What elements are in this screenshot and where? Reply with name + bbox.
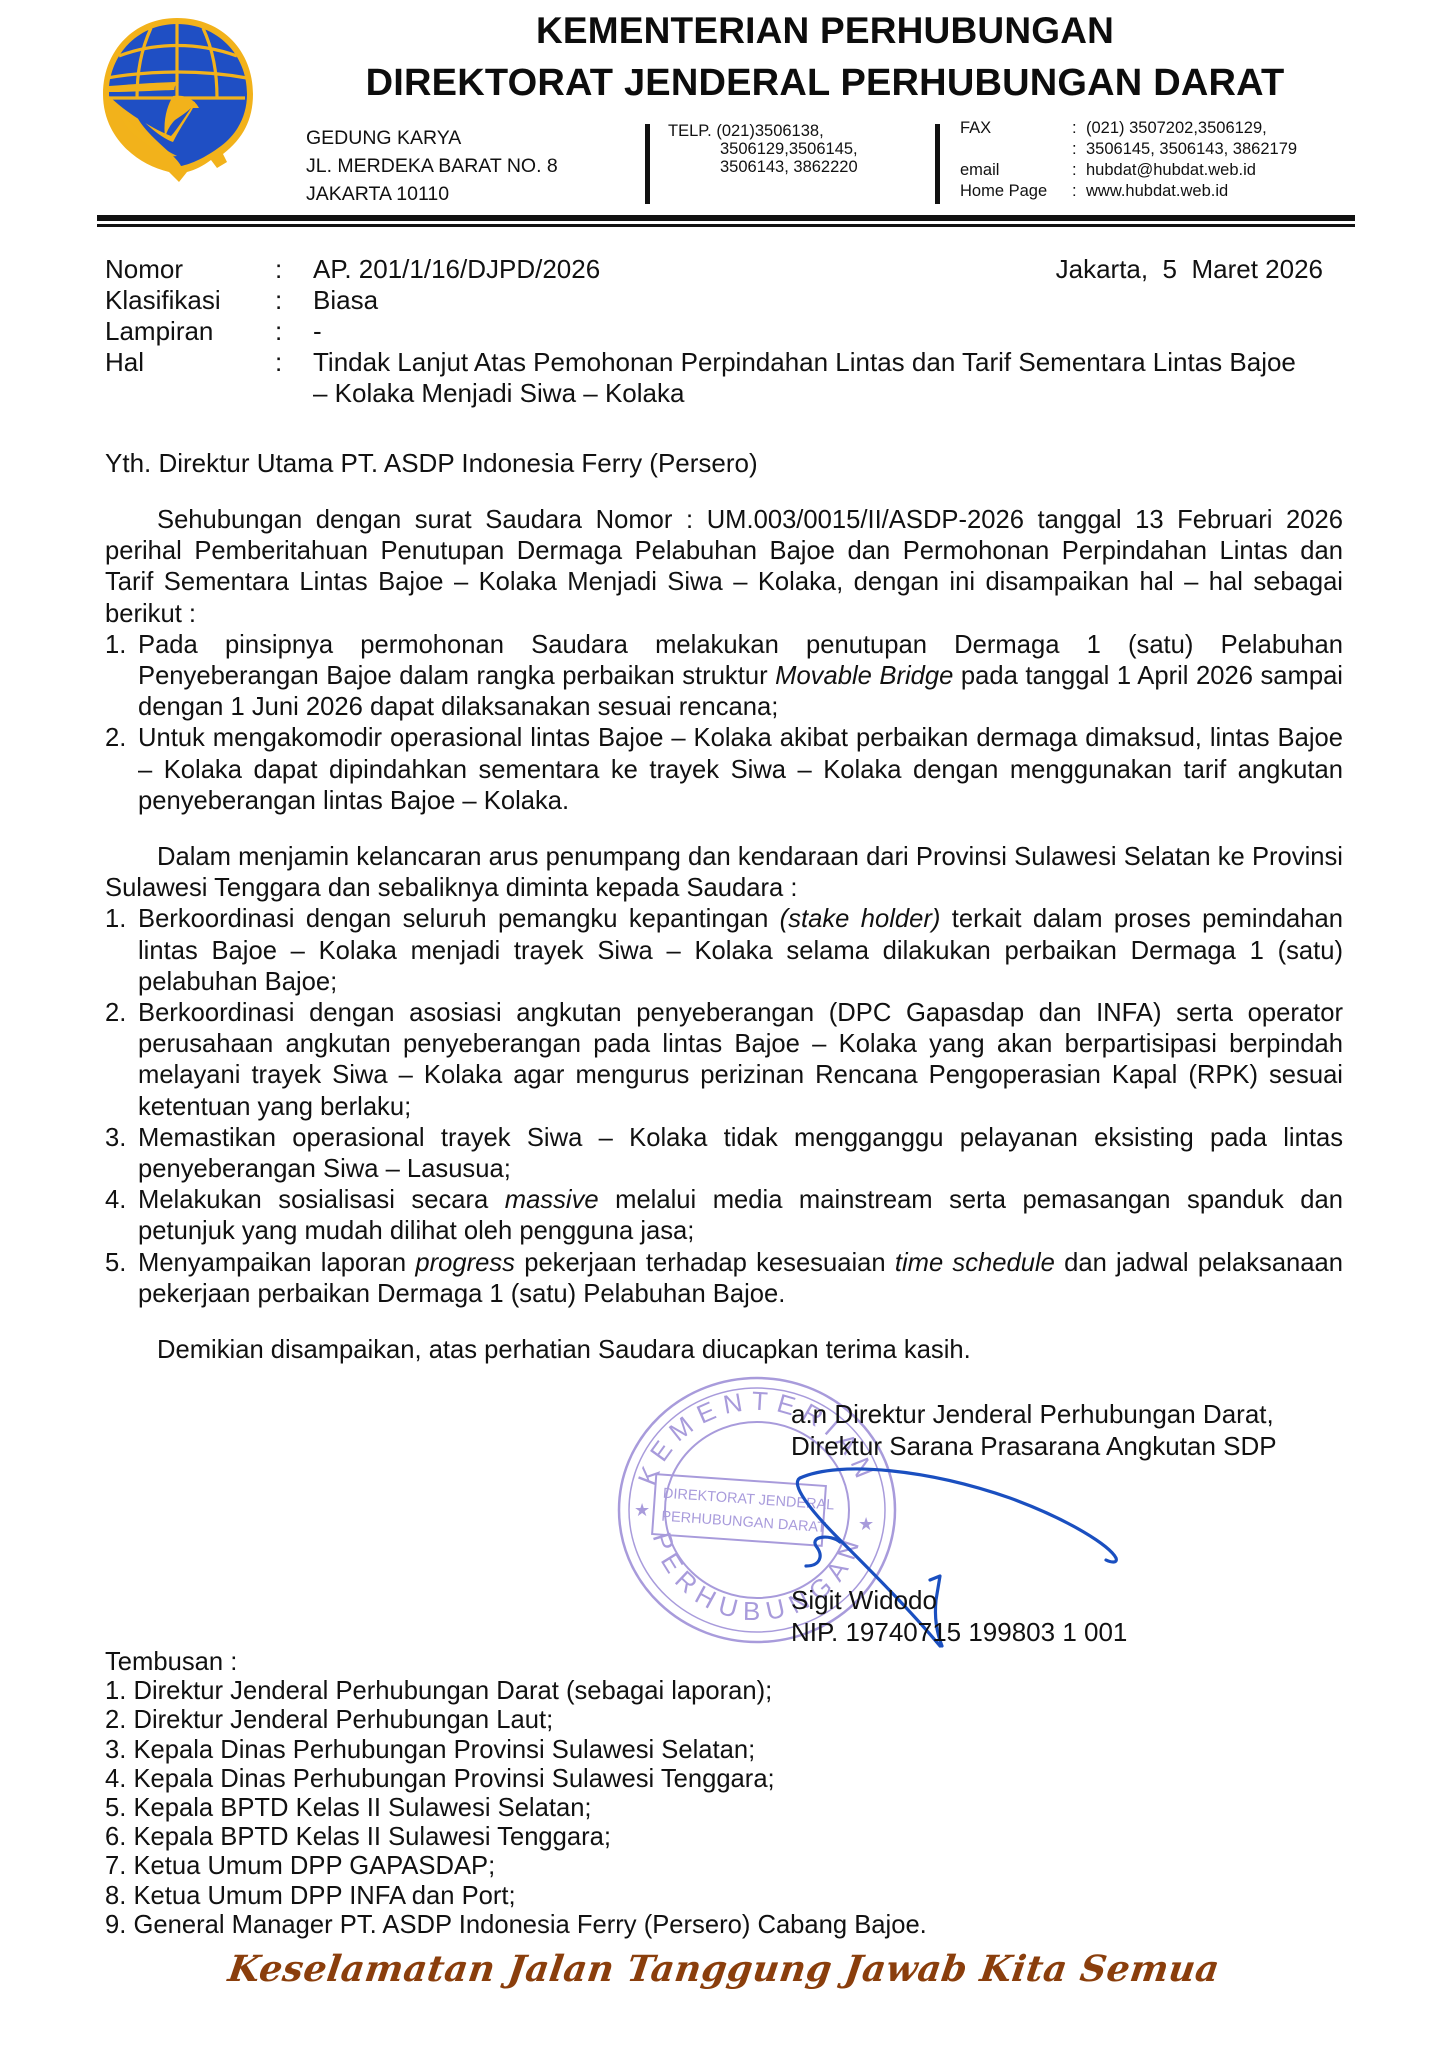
telp-label: TELP. [668,122,712,140]
item-text: Menyampaikan laporan [138,1249,415,1277]
colon: : [275,254,313,285]
signatory-nip: NIP. 19740715 199803 1 001 [791,1616,1127,1648]
list-item: 5. Menyampaikan laporan progress pekerja… [105,1248,1343,1310]
meta-value: - [313,316,1343,347]
body-section-2: Dalam menjamin kelancaran arus penumpang… [105,842,1343,1310]
cc-item: 3. Kepala Dinas Perhubungan Provinsi Sul… [105,1736,927,1765]
item-text: Melakukan sosialisasi secara [138,1186,505,1214]
item-text: pekerjaan terhadap kesesuaian [515,1249,895,1277]
homepage-row: Home Page : www.hubdat.web.id [960,181,1297,202]
item-emphasis: massive [505,1186,599,1214]
contact-block: FAX : (021) 3507202,3506129, : 3506145, … [960,118,1297,202]
list-item: 4. Melakukan sosialisasi secara massive … [105,1185,1343,1247]
colon: : [275,316,313,347]
list-item: 3. Memastikan operasional trayek Siwa – … [105,1123,1343,1185]
address-line: JL. MERDEKA BARAT NO. 8 [306,152,558,180]
meta-row-klasifikasi: Klasifikasi : Biasa [105,285,1343,316]
list-item: 2. Untuk mengakomodir operasional lintas… [105,723,1343,817]
email-link[interactable]: hubdat@hubdat.web.id [1086,160,1256,181]
divider [645,124,650,204]
item-text: Berkoordinasi dengan asosiasi angkutan p… [138,999,1343,1121]
contact-label: Home Page [960,181,1072,202]
item-text: Untuk mengakomodir operasional lintas Ba… [138,724,1343,814]
divider [935,124,940,204]
meta-value: Biasa [313,285,1343,316]
meta-row-lampiran: Lampiran : - [105,316,1343,347]
item-text: Berkoordinasi dengan seluruh pemangku ke… [138,905,780,933]
contact-label [960,139,1072,160]
item-number: 2. [105,723,126,754]
cc-item: 9. General Manager PT. ASDP Indonesia Fe… [105,1911,927,1940]
cc-item: 8. Ketua Umum DPP INFA dan Port; [105,1882,927,1911]
requests-list: 1. Berkoordinasi dengan seluruh pemangku… [105,904,1343,1310]
telp-line: 3506129,3506145, [668,140,858,158]
item-number: 4. [105,1185,126,1216]
address-line: GEDUNG KARYA [306,124,558,152]
cc-item: 7. Ketua Umum DPP GAPASDAP; [105,1852,927,1881]
item-number: 2. [105,998,126,1029]
signatory-name: Sigit Widodo [791,1584,1127,1616]
contact-label: email [960,160,1072,181]
ministry-logo-icon [95,12,260,184]
meta-label: Nomor [105,254,275,285]
recipient: Yth. Direktur Utama PT. ASDP Indonesia F… [105,448,758,479]
ministry-name: KEMENTERIAN PERHUBUNGAN [300,10,1350,52]
points-list: 1. Pada pinsipnya permohonan Saudara mel… [105,630,1343,817]
item-number: 1. [105,630,126,661]
meta-label: Klasifikasi [105,285,275,316]
colon: : [1072,160,1086,181]
item-emphasis: progress [415,1249,515,1277]
subject-value: Tindak Lanjut Atas Pemohonan Perpindahan… [313,347,1313,409]
contact-label: FAX [960,118,1072,139]
meta-label: Lampiran [105,316,275,347]
item-emphasis: time schedule [895,1249,1055,1277]
cc-item: 4. Kepala Dinas Perhubungan Provinsi Sul… [105,1765,927,1794]
meta-row-hal: Hal : Tindak Lanjut Atas Pemohonan Perpi… [105,347,1343,409]
footer-motto: Keselamatan Jalan Tanggung Jawab Kita Se… [0,1948,1448,1990]
signatory: Sigit Widodo NIP. 19740715 199803 1 001 [791,1584,1127,1648]
item-number: 3. [105,1123,126,1154]
item-emphasis: (stake holder) [780,905,941,933]
contact-value: (021) 3507202,3506129, [1086,118,1267,139]
item-number: 5. [105,1248,126,1279]
place-date: Jakarta, 5 Maret 2026 [1000,254,1323,285]
telephone-block: TELP. (021)3506138, 3506129,3506145, 350… [668,122,858,176]
cc-title: Tembusan : [105,1648,927,1677]
fax-row: FAX : (021) 3507202,3506129, [960,118,1297,139]
list-item: 1. Pada pinsipnya permohonan Saudara mel… [105,630,1343,724]
list-item: 1. Berkoordinasi dengan seluruh pemangku… [105,904,1343,998]
address-line: JAKARTA 10110 [306,180,558,208]
carbon-copy-section: Tembusan : 1. Direktur Jenderal Perhubun… [105,1648,927,1940]
telp-line: 3506143, 3862220 [668,158,858,176]
item-number: 1. [105,904,126,935]
meta-label: Hal [105,347,275,409]
contact-value: 3506145, 3506143, 3862179 [1086,139,1297,160]
cc-item: 5. Kepala BPTD Kelas II Sulawesi Selatan… [105,1794,927,1823]
office-address: GEDUNG KARYA JL. MERDEKA BARAT NO. 8 JAK… [306,124,558,208]
telp-line: (021)3506138, [716,122,823,140]
email-row: email : hubdat@hubdat.web.id [960,160,1297,181]
header-rule [97,215,1355,221]
colon: : [275,347,313,409]
svg-text:★: ★ [634,1500,650,1520]
colon: : [1072,118,1086,139]
cc-item: 6. Kepala BPTD Kelas II Sulawesi Tenggar… [105,1823,927,1852]
cc-item: 2. Direktur Jenderal Perhubungan Laut; [105,1706,927,1735]
item-emphasis: Movable Bridge [775,662,953,690]
item-text: Memastikan operasional trayek Siwa – Kol… [138,1124,1343,1183]
homepage-link[interactable]: www.hubdat.web.id [1086,181,1228,202]
on-behalf: a.n Direktur Jenderal Perhubungan Darat, [791,1398,1277,1430]
request-intro: Dalam menjamin kelancaran arus penumpang… [105,842,1343,904]
header-rule [97,224,1355,227]
cc-item: 1. Direktur Jenderal Perhubungan Darat (… [105,1677,927,1706]
body-section-1: Sehubungan dengan surat Saudara Nomor : … [105,505,1343,817]
list-item: 2. Berkoordinasi dengan asosiasi angkuta… [105,998,1343,1123]
cc-list: 1. Direktur Jenderal Perhubungan Darat (… [105,1677,927,1940]
closing-sentence: Demikian disampaikan, atas perhatian Sau… [105,1336,971,1365]
colon: : [1072,181,1086,202]
intro-paragraph: Sehubungan dengan surat Saudara Nomor : … [105,505,1343,630]
colon: : [275,285,313,316]
colon: : [1072,139,1086,160]
fax-row-cont: : 3506145, 3506143, 3862179 [960,139,1297,160]
directorate-name: DIREKTORAT JENDERAL PERHUBUNGAN DARAT [300,62,1350,105]
